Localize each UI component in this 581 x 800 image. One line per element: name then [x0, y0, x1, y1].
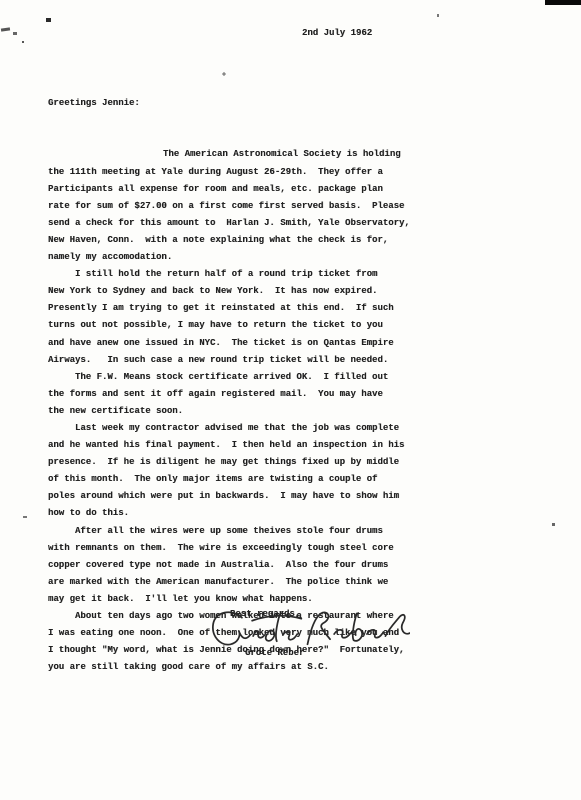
- scan-speck: [46, 18, 51, 22]
- letter-line: New York to Sydney and back to New York.…: [48, 283, 548, 300]
- signature-stroke: [385, 615, 410, 636]
- letter-line: and have anew one issued in NYC. The tic…: [48, 335, 548, 352]
- letter-line: I still hold the return half of a round …: [48, 266, 548, 283]
- letter-line: the forms and sent it off again register…: [48, 386, 548, 403]
- signature-stroke: [213, 612, 250, 644]
- signature-stroke: [334, 630, 350, 638]
- letter-line: rate for sum of $27.00 on a first come f…: [48, 198, 548, 215]
- letter-line: presence. If he is diligent he may get t…: [48, 454, 548, 471]
- letter-body-paragraphs: The American Astronomical Society is hol…: [48, 146, 548, 676]
- letter-line: The American Astronomical Society is hol…: [48, 146, 548, 163]
- letter-line: Airways. In such case a new round trip t…: [48, 352, 548, 369]
- letter-line: the 111th meeting at Yale during August …: [48, 164, 548, 181]
- signature-stroke: [308, 612, 331, 644]
- signature-stroke: [253, 631, 264, 638]
- letter-line: After all the wires were up some theives…: [48, 523, 548, 540]
- letter-typed-name: Grote Reber: [245, 645, 304, 662]
- signature-stroke: [252, 616, 301, 621]
- letter-page: 2nd July 1962 Greetings Jennie: The Amer…: [0, 0, 581, 800]
- signature-stroke: [353, 614, 362, 641]
- letter-line: Presently I am trying to get it reinstat…: [48, 300, 548, 317]
- letter-line: namely my accomodation.: [48, 249, 548, 266]
- scan-speck: [23, 516, 27, 518]
- scan-speck: [22, 41, 24, 43]
- scan-speck: [552, 523, 555, 526]
- letter-line: with remnants on them. The wire is excee…: [48, 540, 548, 557]
- letter-line: New Haven, Conn. with a note explaining …: [48, 232, 548, 249]
- scan-speck: [13, 32, 17, 35]
- letter-date: 2nd July 1962: [302, 25, 372, 42]
- letter-line: Participants all expense for room and me…: [48, 181, 548, 198]
- signature-grote-reber: [205, 604, 410, 660]
- scan-speck: [437, 14, 439, 17]
- signature-stroke: [367, 630, 383, 638]
- letter-line: turns out not possible, I may have to re…: [48, 317, 548, 334]
- signature-stroke: [283, 632, 297, 640]
- letter-line: Last week my contractor advised me that …: [48, 420, 548, 437]
- signature-stroke: [276, 618, 279, 642]
- letter-line: the new certificate soon.: [48, 403, 548, 420]
- letter-line: copper covered type not made in Australi…: [48, 557, 548, 574]
- letter-line: poles around which were put in backwards…: [48, 488, 548, 505]
- letter-line: and he wanted his final payment. I then …: [48, 437, 548, 454]
- letter-line: send a check for this amount to Harlan J…: [48, 215, 548, 232]
- letter-line: how to do this.: [48, 505, 548, 522]
- scanner-edge-bar: [545, 0, 581, 5]
- letter-line: of this month. The only major items are …: [48, 471, 548, 488]
- scan-speck: [1, 27, 10, 31]
- letter-salutation: Greetings Jennie:: [48, 95, 548, 112]
- letter-line: The F.W. Means stock certificate arrived…: [48, 369, 548, 386]
- letter-line: are marked with the American manufacture…: [48, 574, 548, 591]
- signature-stroke: [266, 630, 275, 640]
